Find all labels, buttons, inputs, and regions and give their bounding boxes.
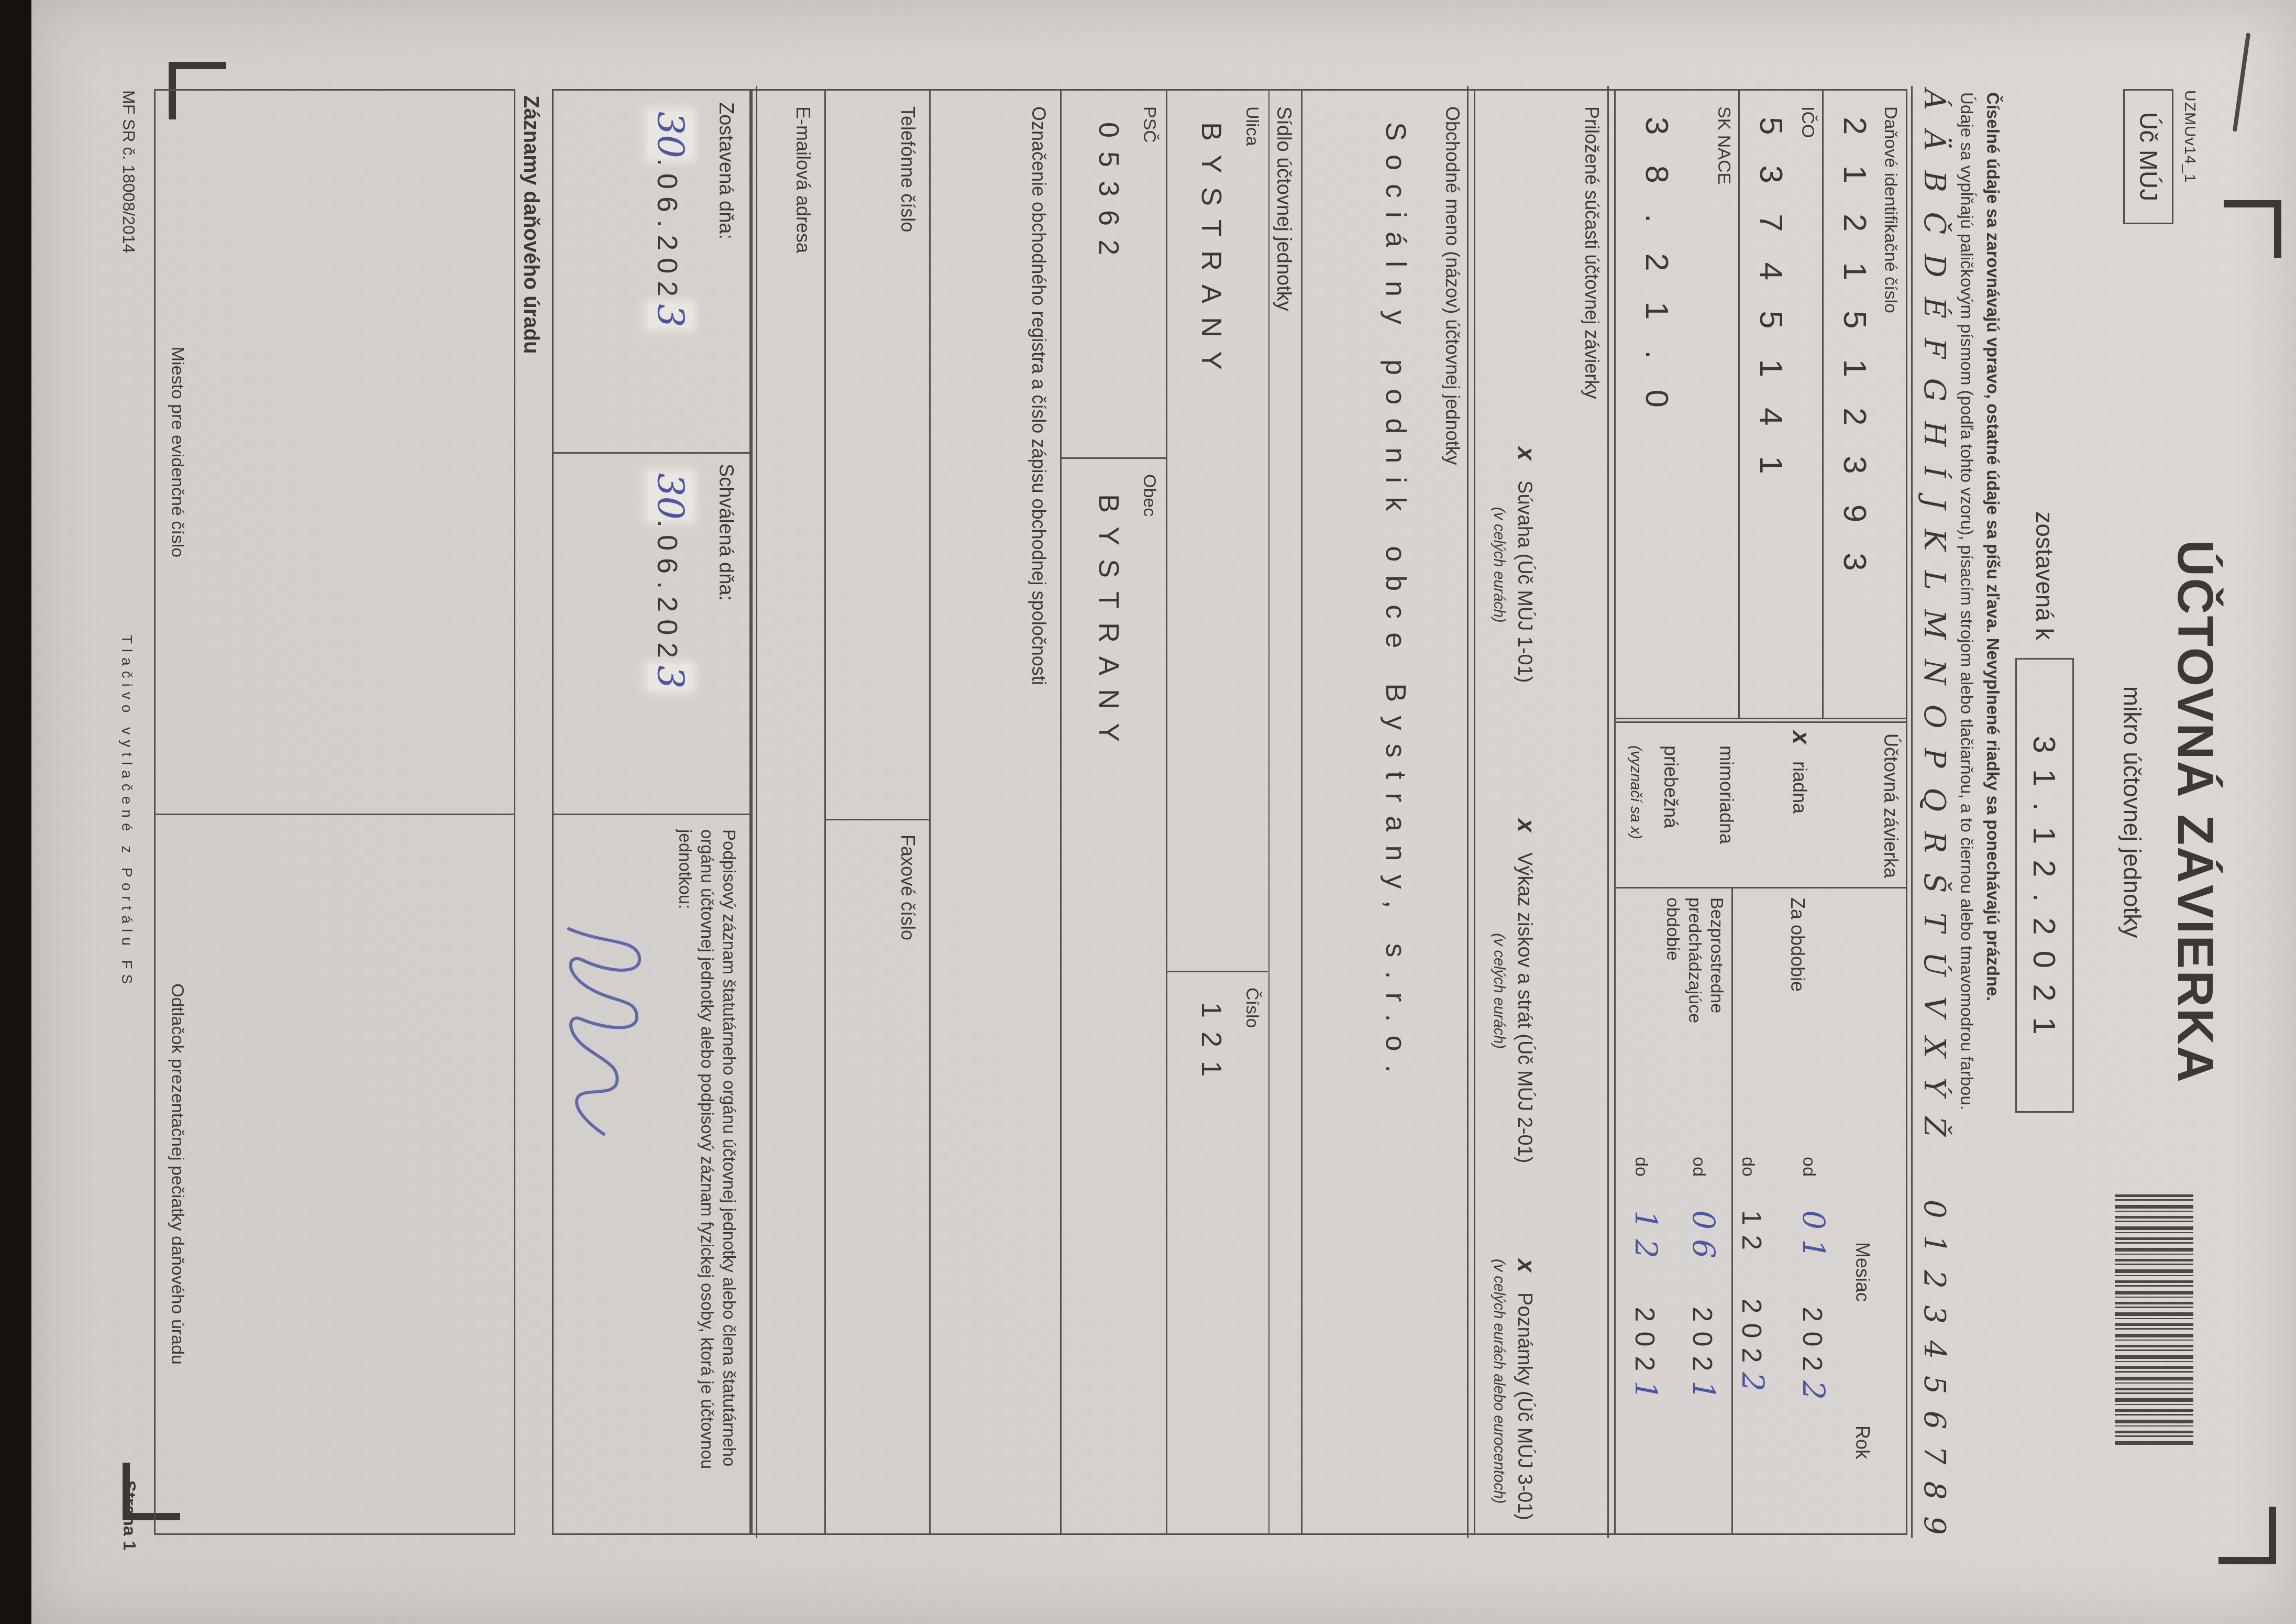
scanned-image: UZMUv14_1 Úč MÚJ ÚČTOVNÁ ZÁVIERKA mikro … xyxy=(0,0,2296,1624)
previous-to-month: 12 xyxy=(1628,1210,1664,1268)
vykaz-sub: (v celých eurách) xyxy=(1490,819,1507,1163)
vykaz-checkbox-mark: x xyxy=(1513,819,1540,832)
ico-label: IČO xyxy=(1797,106,1818,138)
instructions-line-1: Číselné údaje sa zarovnávajú vpravo, ost… xyxy=(1983,92,2003,1001)
row-line-dic xyxy=(1822,91,1824,718)
periods-month-header: Mesiac xyxy=(1851,1217,1873,1327)
sknace-label: SK NACE xyxy=(1714,106,1734,184)
street-label: Ulica xyxy=(1242,106,1262,146)
number-value: 121 xyxy=(1195,1002,1228,1090)
tax-office-right-label: Odtlačok prezentačnej pečiatky daňového … xyxy=(167,815,187,1533)
current-to-month: 12 xyxy=(1736,1210,1767,1259)
footer-printed-via: Tlačivo vytlačené z Portálu FS xyxy=(118,524,135,1100)
divider-zip-city xyxy=(1062,457,1166,459)
approved-on-date: 30.06.2023 xyxy=(649,473,692,689)
current-from-month: 01 xyxy=(1796,1210,1831,1268)
attachment-vykaz: x Výkaz ziskov a strát (Úč MÚJ 2-01) (v … xyxy=(1490,819,1541,1163)
compiled-mid-printed: .06.202 xyxy=(652,158,683,304)
poznamky-label: Poznámky (Úč MÚJ 3-01) xyxy=(1514,1292,1536,1520)
ico-value: 53745141 xyxy=(1752,117,1790,504)
address-section: Sídlo účtovnej jednotky Ulica BYSTRANY Č… xyxy=(1060,89,1301,1535)
sample-letters: ÁÄBČDÉFGHÍJKLMNOPQRŠTÚVXÝŽ xyxy=(1917,89,1951,1137)
previous-period-label-l3: obdobie xyxy=(1662,897,1684,1023)
previous-period-label-l2: predchádzajúce xyxy=(1684,897,1706,1023)
tax-office-box: Miesto pre evidenčné číslo Odtlačok prez… xyxy=(154,89,515,1535)
compiled-as-of-label: zostavená k xyxy=(2030,511,2059,640)
od-label-1: od xyxy=(1799,1157,1819,1177)
zip-label: PSČ xyxy=(1139,106,1160,143)
compiled-as-of-row: zostavená k 31.12.2021 xyxy=(2015,0,2074,1624)
identification-table: Daňové identifikačné číslo 2121512393 IČ… xyxy=(1614,89,1907,1535)
attachment-poznamky: x Poznámky (Úč MÚJ 3-01) (v celých eurác… xyxy=(1490,1259,1541,1520)
address-header-underline xyxy=(1268,91,1270,1533)
crop-mark-top-right xyxy=(2218,1507,2276,1564)
street-value: BYSTRANY xyxy=(1195,122,1228,383)
zip-value: 05362 xyxy=(1092,122,1125,269)
company-label: Obchodné meno (názov) účtovnej jednotky xyxy=(1441,106,1463,465)
zavierka-option-mimoriadna: mimoriadna xyxy=(1715,745,1737,844)
rotated-form: UZMUv14_1 Úč MÚJ ÚČTOVNÁ ZÁVIERKA mikro … xyxy=(0,0,2296,1624)
address-row-line xyxy=(1166,91,1167,1533)
suvaha-checkbox-mark: x xyxy=(1513,447,1540,460)
divider-compiled-approved xyxy=(554,452,749,454)
sknace-value: 38.21.0 xyxy=(1638,117,1675,438)
divider-zavierka-periods xyxy=(1616,887,1906,888)
compiled-last-handwritten: 3 xyxy=(649,304,692,327)
poznamky-checkbox-mark: x xyxy=(1513,1259,1540,1272)
email-label: E-mailová adresa xyxy=(792,106,814,253)
zavierka-option-riadna: x riadna xyxy=(1787,731,1816,814)
current-period-from-row: od 01 2022 xyxy=(1796,1157,1831,1409)
do-label-2: do xyxy=(1631,1157,1651,1177)
signoff-section: Zostavená dňa: 30.06.2023 Schválená dňa:… xyxy=(552,89,751,1535)
current-period-to-row: do 12 2022 xyxy=(1735,1157,1771,1401)
sample-digits: 0123456789 xyxy=(1917,1200,1951,1535)
previous-to-year-printed: 202 xyxy=(1629,1307,1660,1381)
periods-year-header: Rok xyxy=(1851,1385,1873,1500)
current-period-label: Za obdobie xyxy=(1786,897,1808,992)
divider-phone-fax xyxy=(826,819,929,820)
divider-approved-signature xyxy=(554,814,749,815)
registry-section: Označenie obchodného registra a číslo zá… xyxy=(929,89,1060,1535)
zavierka-option-priebezna: priebežná xyxy=(1660,745,1682,828)
suvaha-sub: (v celých eurách) xyxy=(1490,447,1507,683)
tax-office-left-label: Miesto pre evidenčné číslo xyxy=(167,91,187,814)
footer-doc-number: MF SR č. 18008/2014 xyxy=(119,90,138,253)
current-to-year-handwritten: 2 xyxy=(1735,1372,1771,1401)
fax-label: Faxové číslo xyxy=(897,835,919,940)
signature-note: Podpisový záznam štatutárneho orgánu účt… xyxy=(674,829,740,1521)
number-label: Číslo xyxy=(1242,987,1262,1028)
zavierka-note: (vyznačí sa x) xyxy=(1627,745,1644,839)
current-from-year-printed: 202 xyxy=(1797,1307,1827,1381)
previous-period-to-row: do 12 2021 xyxy=(1628,1157,1664,1409)
registry-label: Označenie obchodného registra a číslo zá… xyxy=(1028,106,1050,685)
phone-label: Telefónne číslo xyxy=(897,106,919,232)
previous-from-month: 06 xyxy=(1686,1210,1721,1268)
divider-tax-office-cells xyxy=(156,814,514,815)
compiled-on-label: Zostavená dňa: xyxy=(714,102,737,239)
row-line-periods xyxy=(1731,888,1733,1535)
previous-period-label: Bezprostredne predchádzajúce obdobie xyxy=(1662,897,1728,1023)
previous-from-year-printed: 202 xyxy=(1687,1307,1717,1381)
signature-scribble xyxy=(556,908,666,1170)
approved-day-handwritten: 30 xyxy=(649,473,692,520)
email-section: E-mailová adresa xyxy=(751,89,824,1535)
city-value: BYSTRANY xyxy=(1092,494,1125,755)
vykaz-label: Výkaz ziskov a strát (Úč MÚJ 2-01) xyxy=(1514,852,1536,1163)
riadna-label: riadna xyxy=(1789,761,1811,814)
do-label-1: do xyxy=(1738,1157,1758,1177)
compiled-as-of-date: 31.12.2021 xyxy=(2027,720,2063,1050)
attachments-section: Priložené súčasti účtovnej závierky x Sú… xyxy=(1474,89,1614,1535)
tax-office-header: Záznamy daňového úradu xyxy=(519,95,543,354)
attachments-label: Priložené súčasti účtovnej závierky xyxy=(1581,106,1603,399)
previous-period-label-l1: Bezprostredne xyxy=(1706,897,1728,1023)
address-header: Sídlo účtovnej jednotky xyxy=(1272,106,1295,311)
current-to-year-printed: 202 xyxy=(1736,1299,1767,1373)
sample-character-row: ÁÄBČDÉFGHÍJKLMNOPQRŠTÚVXÝŽ 0123456789 xyxy=(1917,89,1951,1535)
compiled-on-date: 30.06.2023 xyxy=(649,112,692,327)
instructions-line-2: Údaje sa vypĺňajú paličkovým písmom (pod… xyxy=(1957,92,1977,1110)
dic-value: 2121512393 xyxy=(1836,117,1873,601)
row-line-ico xyxy=(1738,91,1740,718)
previous-from-year-handwritten: 1 xyxy=(1686,1380,1721,1409)
suvaha-label: Súvaha (Úč MÚJ 1-01) xyxy=(1514,480,1536,683)
current-from-year-handwritten: 2 xyxy=(1796,1380,1831,1409)
od-label-2: od xyxy=(1689,1157,1709,1177)
compiled-as-of-datebox: 31.12.2021 xyxy=(2015,658,2074,1113)
compiled-day-handwritten: 30 xyxy=(649,112,692,158)
crop-mark-top-left xyxy=(2224,200,2281,258)
footer-page-number: Strana 1 xyxy=(119,1362,139,1551)
zavierka-header: Účtovná závierka xyxy=(1880,726,1902,886)
previous-period-from-row: od 06 2021 xyxy=(1686,1157,1721,1409)
company-name: Sociálny podnik obce Bystrany, s.r.o. xyxy=(1379,122,1412,1086)
dic-label: Daňové identifikačné číslo xyxy=(1880,106,1901,313)
divider-fields-zavierka xyxy=(1616,718,1906,723)
poznamky-sub: (v celých eurách alebo eurocentoch) xyxy=(1490,1259,1507,1520)
riadna-checkbox-mark: x xyxy=(1788,731,1815,744)
attachment-suvaha: x Súvaha (Úč MÚJ 1-01) (v celých eurách) xyxy=(1490,447,1541,683)
previous-to-year-handwritten: 1 xyxy=(1628,1380,1664,1409)
city-label: Obec xyxy=(1139,474,1160,517)
company-section: Obchodné meno (názov) účtovnej jednotky … xyxy=(1301,89,1474,1535)
approved-mid-printed: .06.202 xyxy=(652,520,683,665)
approved-last-handwritten: 3 xyxy=(649,665,692,689)
phone-fax-section: Telefónne číslo Faxové číslo xyxy=(824,89,929,1535)
rule-double-table-top xyxy=(1911,86,1913,1538)
divider-street-number xyxy=(1167,971,1268,972)
barcode xyxy=(2115,1194,2193,1446)
approved-on-label: Schválená dňa: xyxy=(714,464,737,601)
